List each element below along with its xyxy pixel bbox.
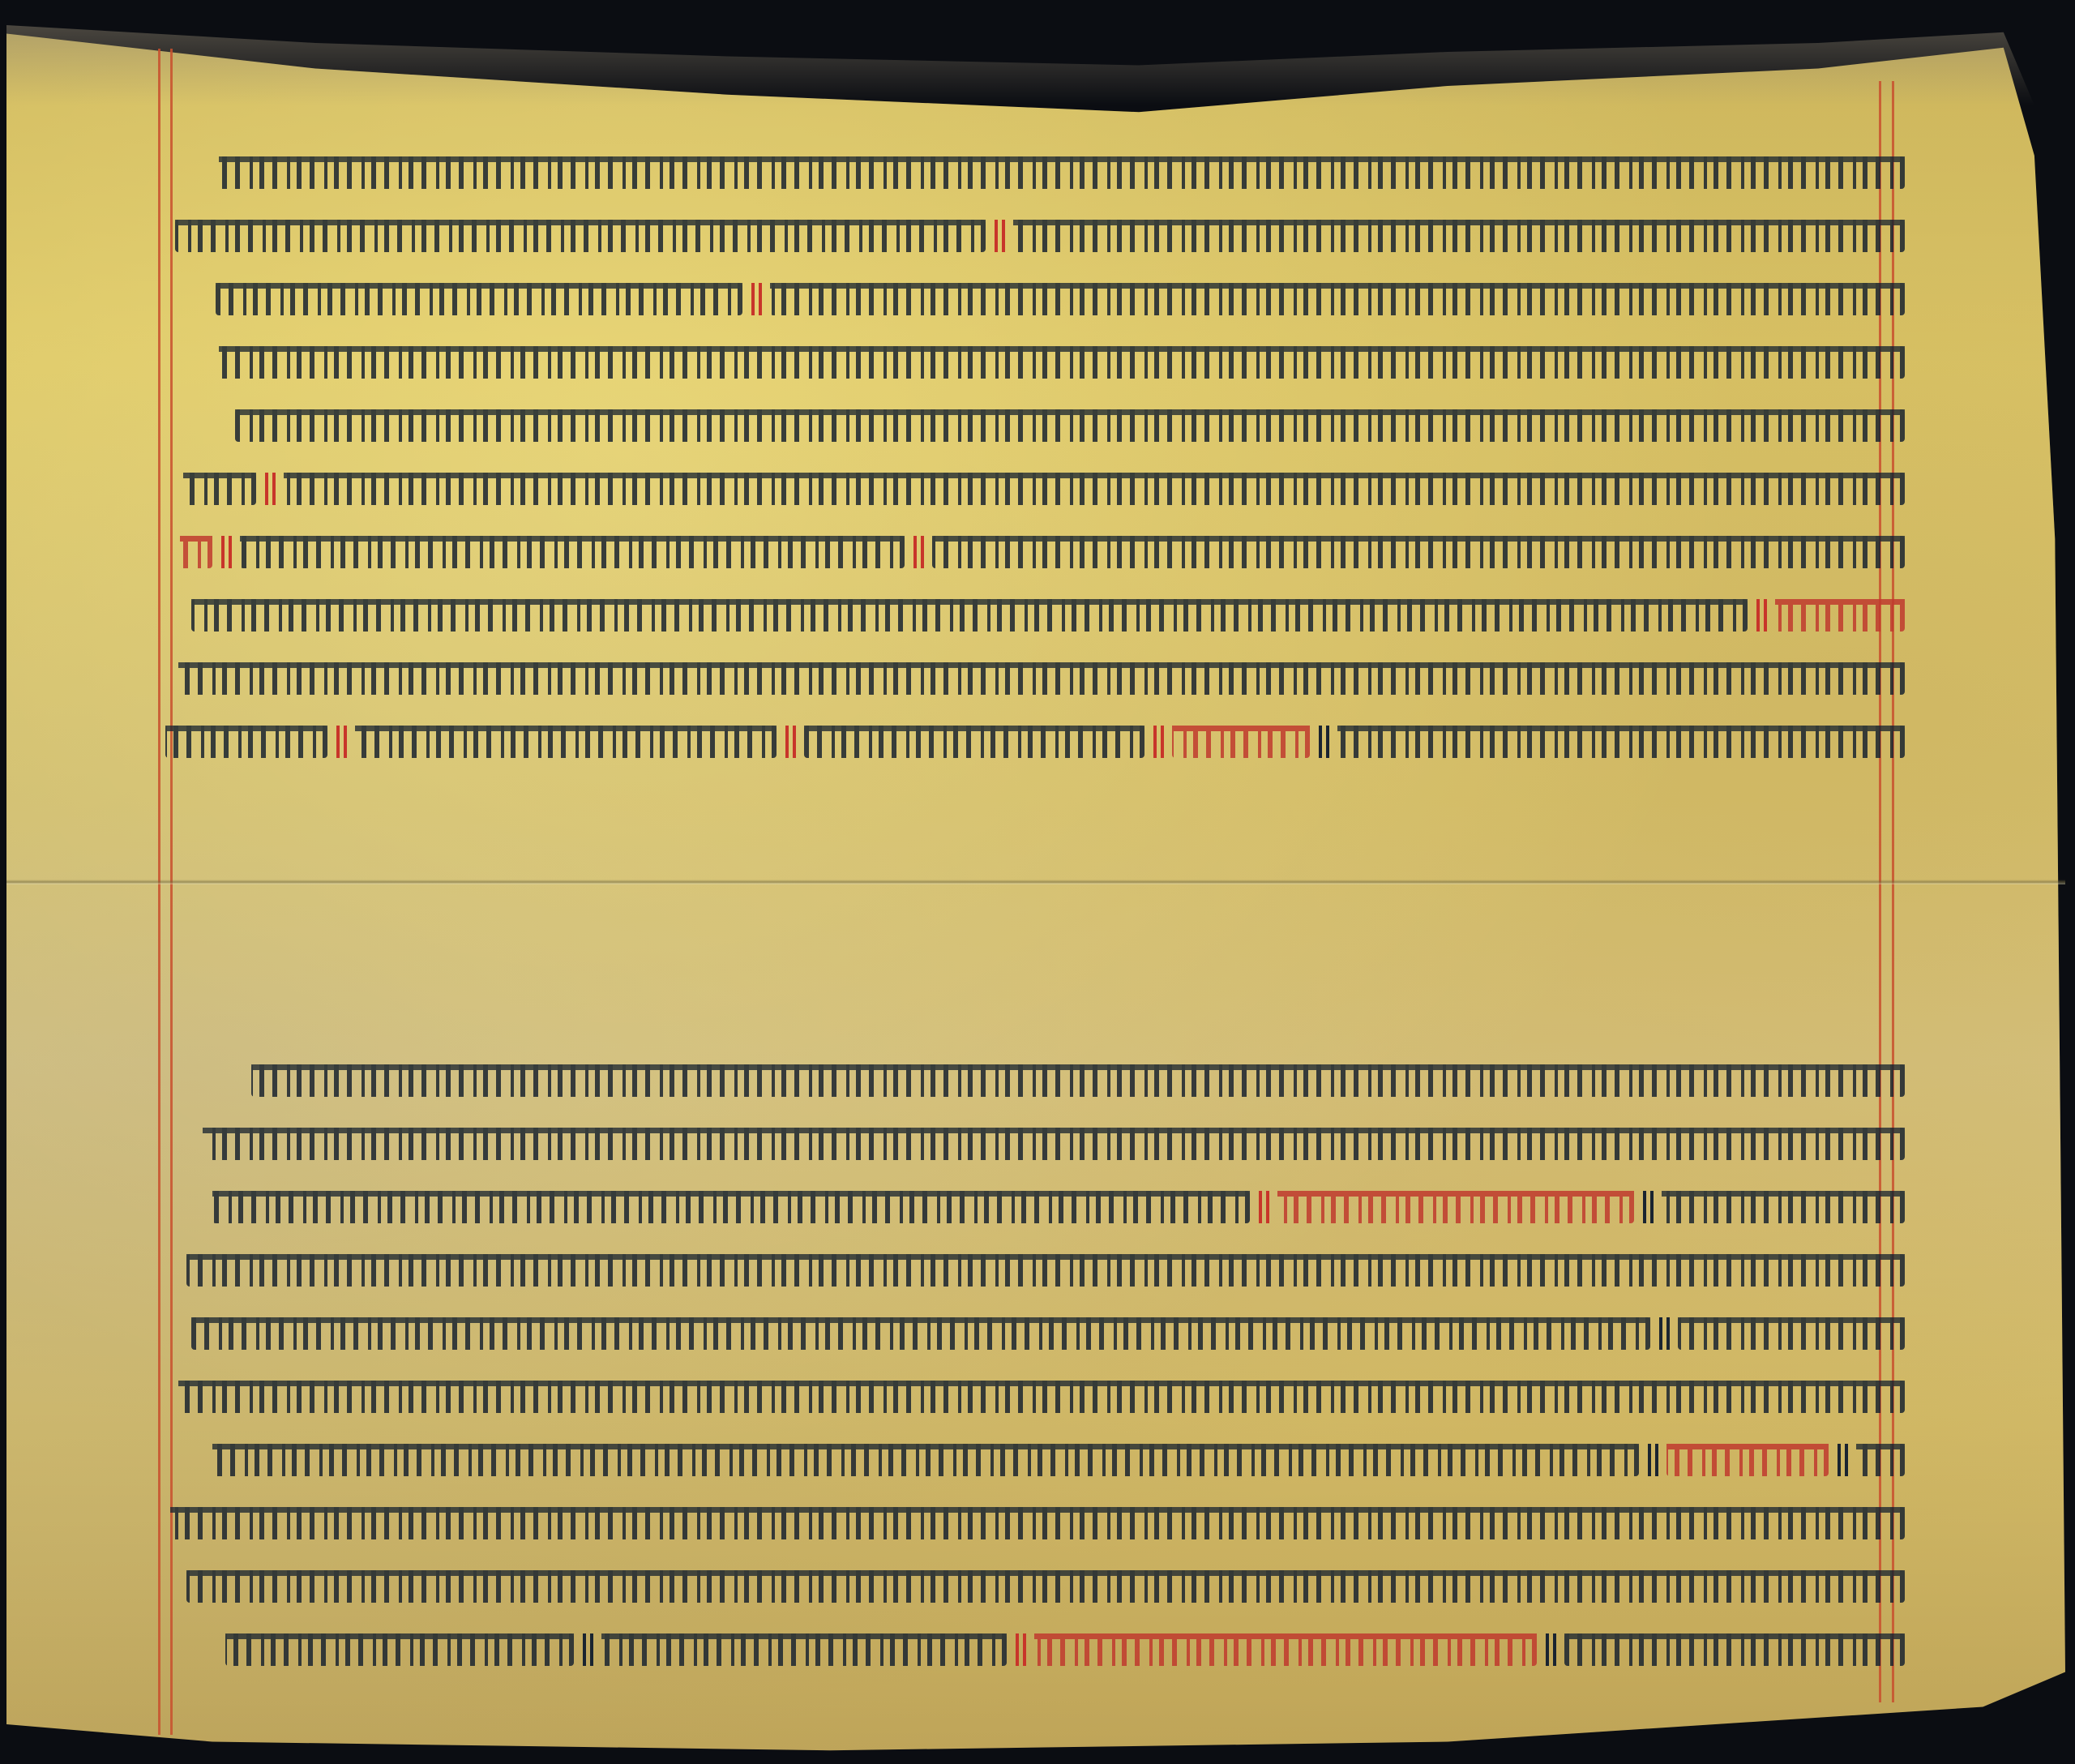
double-danda-mark (1015, 1633, 1026, 1666)
black-ink-text (186, 1254, 1905, 1287)
double-danda-mark (336, 726, 347, 758)
double-danda-mark (264, 473, 276, 505)
red-rubric-text (1775, 599, 1905, 632)
black-ink-text (355, 726, 777, 758)
double-danda-mark (1545, 1633, 1556, 1666)
red-rubric-text (1666, 1444, 1829, 1476)
black-ink-text (1662, 1191, 1905, 1223)
script-line (162, 1115, 1905, 1172)
black-ink-text (165, 726, 327, 758)
double-danda-mark (1318, 726, 1329, 758)
black-ink-text (932, 536, 1905, 568)
black-ink-text (178, 662, 1905, 695)
black-ink-text (186, 1570, 1905, 1603)
black-ink-text (170, 1507, 1905, 1539)
black-ink-text (212, 1191, 1250, 1223)
black-ink-text (219, 156, 1905, 189)
black-ink-text (191, 1317, 1650, 1350)
script-line (162, 650, 1905, 707)
script-line (162, 1368, 1905, 1425)
black-ink-text (178, 1381, 1905, 1413)
black-ink-text (1564, 1633, 1905, 1666)
black-ink-text (191, 599, 1748, 632)
black-ink-text (175, 220, 986, 252)
double-danda-mark (1756, 599, 1767, 632)
double-danda-mark (1647, 1444, 1658, 1476)
fold-crease (6, 880, 2065, 884)
script-line (162, 1242, 1905, 1299)
red-rubric-text (180, 536, 212, 568)
script-line (162, 334, 1905, 391)
black-ink-text (1337, 726, 1905, 758)
script-line (162, 1052, 1905, 1109)
black-ink-text (183, 473, 256, 505)
black-ink-text (770, 283, 1905, 315)
double-danda-mark (913, 536, 924, 568)
black-ink-text (1856, 1444, 1905, 1476)
double-danda-mark (1153, 726, 1164, 758)
double-danda-mark (785, 726, 796, 758)
black-ink-text (601, 1633, 1007, 1666)
frayed-top-edge (6, 16, 2065, 105)
black-ink-text (284, 473, 1905, 505)
script-line (162, 1495, 1905, 1552)
script-line (162, 1558, 1905, 1615)
double-danda-mark (1658, 1317, 1670, 1350)
script-line (162, 713, 1905, 770)
black-ink-text (804, 726, 1144, 758)
double-danda-mark (220, 536, 232, 568)
script-line (162, 460, 1905, 517)
upper-text-block (162, 138, 1905, 770)
double-danda-mark (1642, 1191, 1654, 1223)
double-danda-mark (1837, 1444, 1848, 1476)
black-ink-text (219, 346, 1905, 379)
black-ink-text (235, 409, 1905, 442)
black-ink-text (1678, 1317, 1905, 1350)
double-danda-mark (751, 283, 762, 315)
script-line (162, 271, 1905, 328)
black-ink-text (203, 1128, 1905, 1160)
black-ink-text (225, 1633, 574, 1666)
script-line (162, 587, 1905, 644)
left-margin-rule-outer (158, 49, 160, 1735)
double-danda-mark (582, 1633, 593, 1666)
script-line (162, 1432, 1905, 1488)
lower-text-block (162, 1046, 1905, 1678)
script-line (162, 524, 1905, 580)
script-line (162, 208, 1905, 264)
black-ink-text (216, 283, 742, 315)
black-ink-text (240, 536, 905, 568)
script-line (162, 397, 1905, 454)
red-rubric-text (1034, 1633, 1537, 1666)
script-line (162, 1621, 1905, 1678)
script-line (162, 144, 1905, 201)
black-ink-text (251, 1064, 1905, 1097)
double-danda-mark (1258, 1191, 1269, 1223)
script-line (162, 1179, 1905, 1235)
double-danda-mark (994, 220, 1005, 252)
script-line (162, 1305, 1905, 1362)
red-rubric-text (1277, 1191, 1634, 1223)
red-rubric-text (1172, 726, 1310, 758)
black-ink-text (212, 1444, 1639, 1476)
black-ink-text (1013, 220, 1905, 252)
